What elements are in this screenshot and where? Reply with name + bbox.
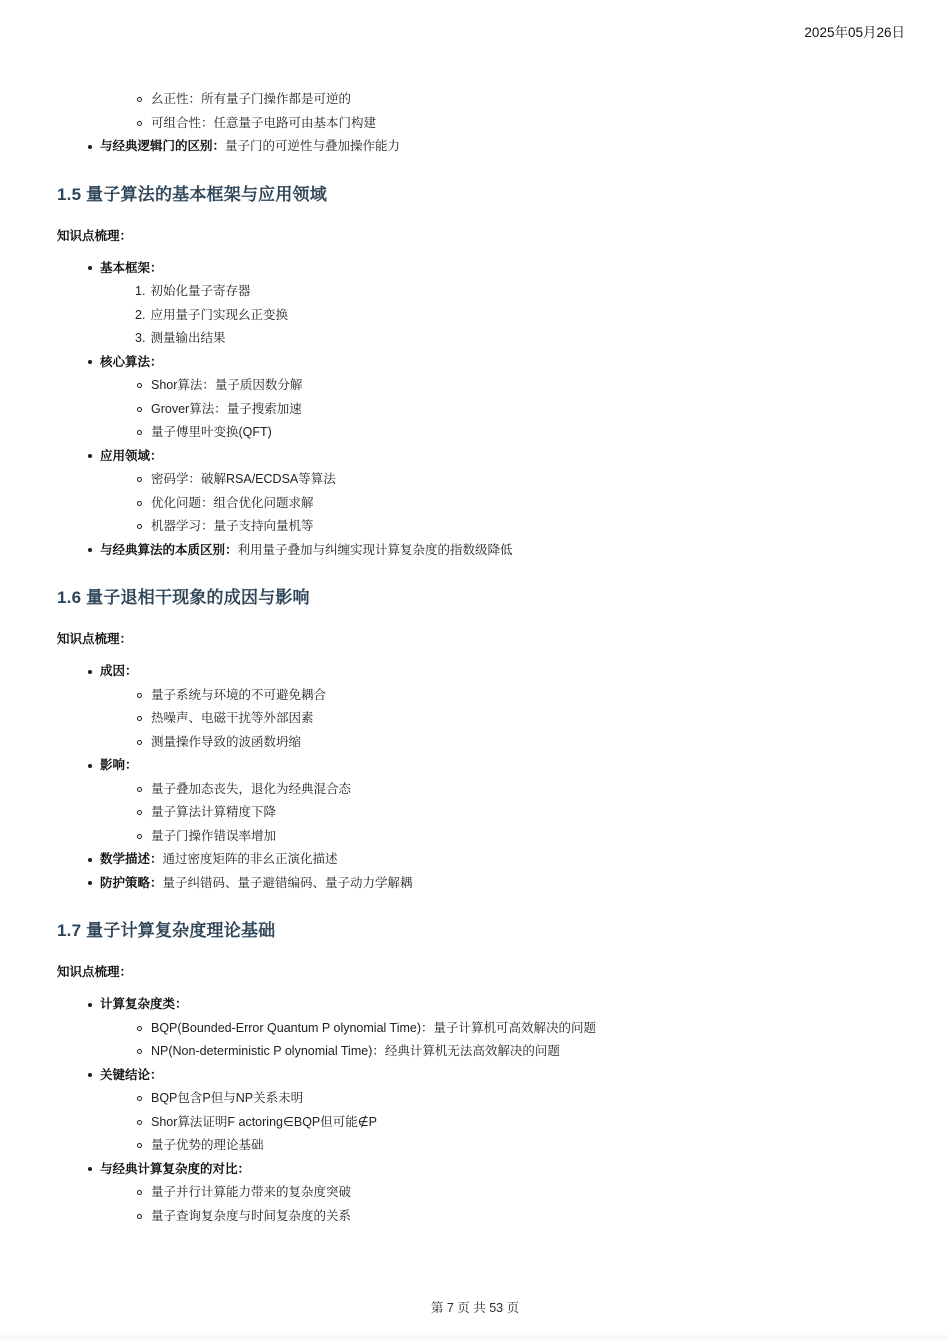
list-item-level2: 测量操作导致的波函数坍缩 xyxy=(0,731,920,755)
document-page: 2025年05月26日 幺正性：所有量子门操作都是可逆的可组合性：任意量子电路可… xyxy=(0,0,950,1340)
list-item-text: 通过密度矩阵的非幺正演化描述 xyxy=(163,851,338,868)
list-item-level2: 量子叠加态丧失，退化为经典混合态 xyxy=(0,778,920,802)
knowledge-points-label: 知识点梳理： xyxy=(57,228,920,244)
document-body: 幺正性：所有量子门操作都是可逆的可组合性：任意量子电路可由基本门构建与经典逻辑门… xyxy=(0,88,920,1228)
list-item-level2: 幺正性：所有量子门操作都是可逆的 xyxy=(0,88,920,112)
section-heading: 1.7 量子计算复杂度理论基础 xyxy=(57,920,920,942)
bullet-icon xyxy=(88,266,92,270)
circle-bullet-icon xyxy=(137,121,142,126)
circle-bullet-icon xyxy=(137,787,142,792)
list-item-level2: Grover算法：量子搜索加速 xyxy=(0,398,920,422)
list-item-text: 量子门的可逆性与叠加操作能力 xyxy=(225,138,400,155)
list-item-text: 应用量子门实现幺正变换 xyxy=(150,307,288,324)
list-item-level2: 量子查询复杂度与时间复杂度的关系 xyxy=(0,1205,920,1229)
list-item-text: 量子纠错码、量子避错编码、量子动力学解耦 xyxy=(163,875,413,892)
page-bottom-edge xyxy=(0,1335,950,1340)
list-item-level2: 可组合性：任意量子电路可由基本门构建 xyxy=(0,112,920,136)
document-date: 2025年05月26日 xyxy=(804,24,905,42)
list-item-term: 与经典计算复杂度的对比： xyxy=(100,1161,250,1178)
numbered-list-item: 3.测量输出结果 xyxy=(0,327,920,351)
list-item-level2: 量子系统与环境的不可避免耦合 xyxy=(0,684,920,708)
circle-bullet-icon xyxy=(137,810,142,815)
circle-bullet-icon xyxy=(137,383,142,388)
list-item-term: 与经典算法的本质区别： xyxy=(100,542,238,559)
list-item-text: Shor算法：量子质因数分解 xyxy=(151,377,302,394)
list-number: 2. xyxy=(135,307,145,324)
list-number: 3. xyxy=(135,330,145,347)
circle-bullet-icon xyxy=(137,1214,142,1219)
circle-bullet-icon xyxy=(137,430,142,435)
bullet-icon xyxy=(88,1003,92,1007)
list-item-level2: Shor算法证明F actoring∈BQP但可能∉P xyxy=(0,1111,920,1135)
list-item-level1: 应用领域： xyxy=(0,445,920,469)
list-item-text: Shor算法证明F actoring∈BQP但可能∉P xyxy=(151,1114,377,1131)
list-item-level1: 与经典逻辑门的区别：量子门的可逆性与叠加操作能力 xyxy=(0,135,920,159)
circle-bullet-icon xyxy=(137,1190,142,1195)
bullet-icon xyxy=(88,1167,92,1171)
list-item-text: 量子系统与环境的不可避免耦合 xyxy=(151,687,326,704)
circle-bullet-icon xyxy=(137,1049,142,1054)
circle-bullet-icon xyxy=(137,97,142,102)
circle-bullet-icon xyxy=(137,1120,142,1125)
list-item-text: 热噪声、电磁干扰等外部因素 xyxy=(151,710,314,727)
bullet-icon xyxy=(88,548,92,552)
circle-bullet-icon xyxy=(137,477,142,482)
section-heading: 1.6 量子退相干现象的成因与影响 xyxy=(57,587,920,609)
list-item-term: 计算复杂度类： xyxy=(100,996,188,1013)
list-item-text: 测量操作导致的波函数坍缩 xyxy=(151,734,301,751)
circle-bullet-icon xyxy=(137,1143,142,1148)
list-item-term: 关键结论： xyxy=(100,1067,163,1084)
list-item-text: 初始化量子寄存器 xyxy=(150,283,250,300)
list-item-term: 数学描述： xyxy=(100,851,163,868)
list-item-term: 影响： xyxy=(100,757,138,774)
list-item-level2: 热噪声、电磁干扰等外部因素 xyxy=(0,707,920,731)
list-item-term: 核心算法： xyxy=(100,354,163,371)
bullet-icon xyxy=(88,881,92,885)
section-heading: 1.5 量子算法的基本框架与应用领域 xyxy=(57,184,920,206)
list-item-text: NP(Non-deterministic P olynomial Time)：经… xyxy=(151,1043,560,1060)
list-item-text: Grover算法：量子搜索加速 xyxy=(151,401,302,418)
list-item-text: 幺正性：所有量子门操作都是可逆的 xyxy=(151,91,351,108)
list-item-level2: 量子门操作错误率增加 xyxy=(0,825,920,849)
circle-bullet-icon xyxy=(137,1096,142,1101)
circle-bullet-icon xyxy=(137,834,142,839)
list-item-level1: 影响： xyxy=(0,754,920,778)
list-item-level2: 量子傅里叶变换(QFT) xyxy=(0,421,920,445)
list-item-term: 防护策略： xyxy=(100,875,163,892)
bullet-icon xyxy=(88,1073,92,1077)
circle-bullet-icon xyxy=(137,524,142,529)
circle-bullet-icon xyxy=(137,407,142,412)
list-item-text: 量子并行计算能力带来的复杂度突破 xyxy=(151,1184,351,1201)
list-item-level2: 优化问题：组合优化问题求解 xyxy=(0,492,920,516)
list-item-text: 量子算法计算精度下降 xyxy=(151,804,276,821)
list-item-text: BQP包含P但与NP关系未明 xyxy=(151,1090,303,1107)
list-item-level1: 核心算法： xyxy=(0,351,920,375)
knowledge-points-label: 知识点梳理： xyxy=(57,964,920,980)
list-item-level2: BQP(Bounded-Error Quantum P olynomial Ti… xyxy=(0,1017,920,1041)
bullet-icon xyxy=(88,670,92,674)
circle-bullet-icon xyxy=(137,716,142,721)
list-item-text: 利用量子叠加与纠缠实现计算复杂度的指数级降低 xyxy=(238,542,513,559)
list-item-text: 优化问题：组合优化问题求解 xyxy=(151,495,314,512)
list-item-text: 量子优势的理论基础 xyxy=(151,1137,264,1154)
list-item-level1: 防护策略：量子纠错码、量子避错编码、量子动力学解耦 xyxy=(0,872,920,896)
list-item-text: 量子门操作错误率增加 xyxy=(151,828,276,845)
list-item-level1: 基本框架： xyxy=(0,257,920,281)
list-item-text: 量子叠加态丧失，退化为经典混合态 xyxy=(151,781,351,798)
list-item-text: 密码学：破解RSA/ECDSA等算法 xyxy=(151,471,336,488)
circle-bullet-icon xyxy=(137,501,142,506)
numbered-list-item: 1.初始化量子寄存器 xyxy=(0,280,920,304)
list-item-level2: NP(Non-deterministic P olynomial Time)：经… xyxy=(0,1040,920,1064)
list-item-text: BQP(Bounded-Error Quantum P olynomial Ti… xyxy=(151,1020,596,1037)
page-footer: 第 7 页 共 53 页 xyxy=(0,1298,950,1316)
numbered-list-item: 2.应用量子门实现幺正变换 xyxy=(0,304,920,328)
list-item-level2: 量子算法计算精度下降 xyxy=(0,801,920,825)
list-item-term: 应用领域： xyxy=(100,448,163,465)
list-item-text: 量子傅里叶变换(QFT) xyxy=(151,424,272,441)
bullet-icon xyxy=(88,145,92,149)
list-item-term: 基本框架： xyxy=(100,260,163,277)
list-item-level1: 计算复杂度类： xyxy=(0,993,920,1017)
list-item-level2: Shor算法：量子质因数分解 xyxy=(0,374,920,398)
list-item-level2: 密码学：破解RSA/ECDSA等算法 xyxy=(0,468,920,492)
bullet-icon xyxy=(88,858,92,862)
list-item-text: 量子查询复杂度与时间复杂度的关系 xyxy=(151,1208,351,1225)
list-item-text: 测量输出结果 xyxy=(150,330,225,347)
knowledge-points-label: 知识点梳理： xyxy=(57,631,920,647)
bullet-icon xyxy=(88,454,92,458)
circle-bullet-icon xyxy=(137,1026,142,1031)
list-item-level1: 数学描述：通过密度矩阵的非幺正演化描述 xyxy=(0,848,920,872)
bullet-icon xyxy=(88,764,92,768)
list-item-level2: 量子并行计算能力带来的复杂度突破 xyxy=(0,1181,920,1205)
list-item-term: 成因： xyxy=(100,663,138,680)
list-item-level1: 关键结论： xyxy=(0,1064,920,1088)
list-item-text: 可组合性：任意量子电路可由基本门构建 xyxy=(151,115,376,132)
list-item-level1: 与经典计算复杂度的对比： xyxy=(0,1158,920,1182)
list-number: 1. xyxy=(135,283,145,300)
list-item-level2: BQP包含P但与NP关系未明 xyxy=(0,1087,920,1111)
list-item-text: 机器学习：量子支持向量机等 xyxy=(151,518,314,535)
circle-bullet-icon xyxy=(137,740,142,745)
list-item-level2: 机器学习：量子支持向量机等 xyxy=(0,515,920,539)
bullet-icon xyxy=(88,360,92,364)
list-item-term: 与经典逻辑门的区别： xyxy=(100,138,225,155)
list-item-level1: 与经典算法的本质区别：利用量子叠加与纠缠实现计算复杂度的指数级降低 xyxy=(0,539,920,563)
circle-bullet-icon xyxy=(137,693,142,698)
list-item-level2: 量子优势的理论基础 xyxy=(0,1134,920,1158)
list-item-level1: 成因： xyxy=(0,660,920,684)
